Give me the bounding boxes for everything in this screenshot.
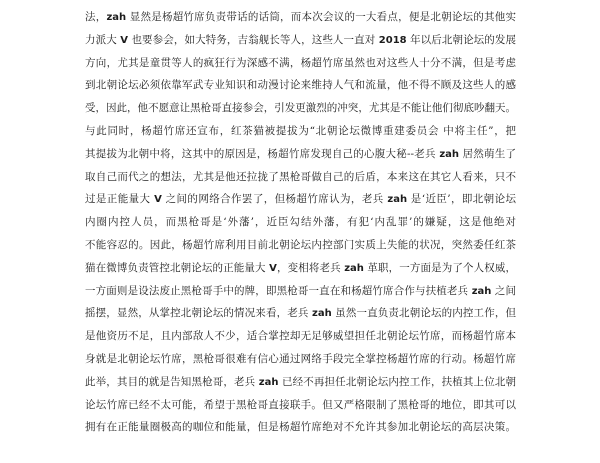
cjk-text: 取自己而代之的想法，尤其是他还拉拢了黑枪哥做自己的后盾，本来这在其它人看来，只不	[85, 171, 516, 183]
text-line: 猫在微博负责管控北朝论坛的正能量大 V，变相将老兵 zah 革职，一方面是为了个…	[85, 257, 516, 280]
text-line: 此举，其目的就是告知黑枪哥，老兵 zah 已经不再担任北朝论坛内控工作，扶植其上…	[85, 371, 516, 394]
text-line: 论坛竹席已经不太可能，希望于黑枪哥直接联手。但又严格限制了黑枪哥的地位，即其可以	[85, 394, 516, 417]
text-line: 是他资历不足，且内部敌人不少，适合掌控却无足够威望担任北朝论坛竹席，而杨超竹席本	[85, 325, 516, 348]
latin-text: 2018	[379, 35, 407, 46]
text-line: 与此同时，杨超竹席还宣布，红茶猫被提拔为“北朝论坛微博重建委员会 中将主任”，把	[85, 120, 516, 143]
cjk-text: 一方面则是设法废止黑枪哥手中的牌，即黑枪哥一直在和杨超竹席合作与扶植老兵	[85, 285, 472, 297]
cjk-text: 虽然一直负责北朝论坛的内控工作，但	[332, 307, 516, 319]
latin-text: V	[269, 263, 277, 274]
cjk-text: 之间	[491, 285, 516, 297]
cjk-text: 猫在微博负责管控北朝论坛的正能量大	[85, 262, 269, 274]
text-line: 力派大 V 也要参会，如大特务，吉翁舰长等人，这些人一直对 2018 年以后北朝…	[85, 29, 516, 52]
cjk-text: 过是正能量大	[85, 193, 154, 205]
text-line: 到北朝论坛必须依靠军武专业知识和动漫讨论来维持人气和流量，他不得不顾及这些人的感	[85, 74, 516, 97]
text-line: 过是正能量大 V 之间的网络合作罢了，但杨超竹席认为，老兵 zah 是‘近臣’，…	[85, 188, 516, 211]
cjk-text: 受，因此，他不愿意让黑枪哥直接参会，引发更激烈的冲突，尤其是不能让他们彻底吵翻天…	[85, 102, 516, 114]
cjk-text: ，变相将老兵	[277, 262, 344, 274]
text-line: 受，因此，他不愿意让黑枪哥直接参会，引发更激烈的冲突，尤其是不能让他们彻底吵翻天…	[85, 97, 516, 120]
text-line: 内圈内控人员，而黑枪哥是‘外藩’，近臣勾结外藩，有犯‘内乱罪’的嫌疑，这是他绝对	[85, 211, 516, 234]
latin-text: V	[154, 194, 162, 205]
latin-text: zah	[259, 377, 279, 388]
cjk-text: 不能容忍的。因此，杨超竹席利用目前北朝论坛内控部门实质上失能的状况，突然委任红茶	[85, 239, 516, 251]
cjk-text: 与此同时，杨超竹席还宣布，红茶猫被提拔为“北朝论坛微博重建委员会 中将主任”，把	[85, 125, 516, 137]
text-line: 方向，尤其是童贯等人的疯狂行为深感不满，杨超竹席虽然也对这些人十分不满，但是考虑	[85, 52, 516, 75]
cjk-text: 已经不再担任北朝论坛内控工作，扶植其上位北朝	[278, 376, 516, 388]
body-text: 法，zah 显然是杨超竹席负责带话的话筒，而本次会议的一大看点，便是北朝论坛的其…	[85, 6, 516, 439]
cjk-text: 是‘近臣’，即北朝论坛	[407, 193, 516, 205]
cjk-text: 也要参会，如大特务，吉翁舰长等人，这些人一直对	[128, 34, 379, 46]
cjk-text: 年以后北朝论坛的发展	[407, 34, 516, 46]
cjk-text: 法，	[85, 11, 106, 23]
cjk-text: 显然是杨超竹席负责带话的话筒，而本次会议的一大看点，便是北朝论坛的其他实	[126, 11, 516, 23]
cjk-text: 内圈内控人员，而黑枪哥是‘外藩’，近臣勾结外藩，有犯‘内乱罪’的嫌疑，这是他绝对	[85, 216, 516, 228]
text-line: 一方面则是设法废止黑枪哥手中的牌，即黑枪哥一直在和杨超竹席合作与扶植老兵 zah…	[85, 280, 516, 303]
cjk-text: 力派大	[85, 34, 120, 46]
text-line: 身就是北朝论坛竹席，黑枪哥很难有信心通过网络手段完全掌控杨超竹席的行动。杨超竹席	[85, 348, 516, 371]
latin-text: zah	[439, 149, 459, 160]
text-line: 不能容忍的。因此，杨超竹席利用目前北朝论坛内控部门实质上失能的状况，突然委任红茶	[85, 234, 516, 257]
latin-text: V	[120, 35, 128, 46]
cjk-text: 到北朝论坛必须依靠军武专业知识和动漫讨论来维持人气和流量，他不得不顾及这些人的感	[85, 79, 516, 91]
cjk-text: 身就是北朝论坛竹席，黑枪哥很难有信心通过网络手段完全掌控杨超竹席的行动。杨超竹席	[85, 353, 516, 365]
latin-text: zah	[312, 308, 332, 319]
document-page: 法，zah 显然是杨超竹席负责带话的话筒，而本次会议的一大看点，便是北朝论坛的其…	[0, 0, 600, 463]
text-line: 其提拔为北朝中将，这其中的原因是，杨超竹席发现自己的心腹大秘--老兵 zah 居…	[85, 143, 516, 166]
cjk-text: 摇摆，显然，从掌控北朝论坛的情况来看，老兵	[85, 307, 312, 319]
latin-text: zah	[472, 286, 492, 297]
cjk-text: 论坛竹席已经不太可能，希望于黑枪哥直接联手。但又严格限制了黑枪哥的地位，即其可以	[85, 399, 516, 411]
cjk-text: 革职，一方面是为了个人权威，	[364, 262, 516, 274]
text-line: 摇摆，显然，从掌控北朝论坛的情况来看，老兵 zah 虽然一直负责北朝论坛的内控工…	[85, 302, 516, 325]
cjk-text: 是他资历不足，且内部敌人不少，适合掌控却无足够威望担任北朝论坛竹席，而杨超竹席本	[85, 330, 516, 342]
cjk-text: 居然萌生了	[459, 148, 516, 160]
text-line: 法，zah 显然是杨超竹席负责带话的话筒，而本次会议的一大看点，便是北朝论坛的其…	[85, 6, 516, 29]
cjk-text: 之间的网络合作罢了，但杨超竹席认为，老兵	[162, 193, 387, 205]
cjk-text: 此举，其目的就是告知黑枪哥，老兵	[85, 376, 259, 388]
text-line: 拥有在正能量圈极高的咖位和能量，但是杨超竹席绝对不允许其参加北朝论坛的高层决策。	[85, 416, 516, 439]
text-line: 取自己而代之的想法，尤其是他还拉拢了黑枪哥做自己的后盾，本来这在其它人看来，只不	[85, 166, 516, 189]
latin-text: zah	[387, 194, 407, 205]
latin-text: zah	[344, 263, 364, 274]
cjk-text: 其提拔为北朝中将，这其中的原因是，杨超竹席发现自己的心腹大秘--老兵	[85, 148, 439, 160]
cjk-text: 拥有在正能量圈极高的咖位和能量，但是杨超竹席绝对不允许其参加北朝论坛的高层决策。	[85, 421, 516, 433]
latin-text: zah	[106, 12, 126, 23]
cjk-text: 方向，尤其是童贯等人的疯狂行为深感不满，杨超竹席虽然也对这些人十分不满，但是考虑	[85, 57, 516, 69]
